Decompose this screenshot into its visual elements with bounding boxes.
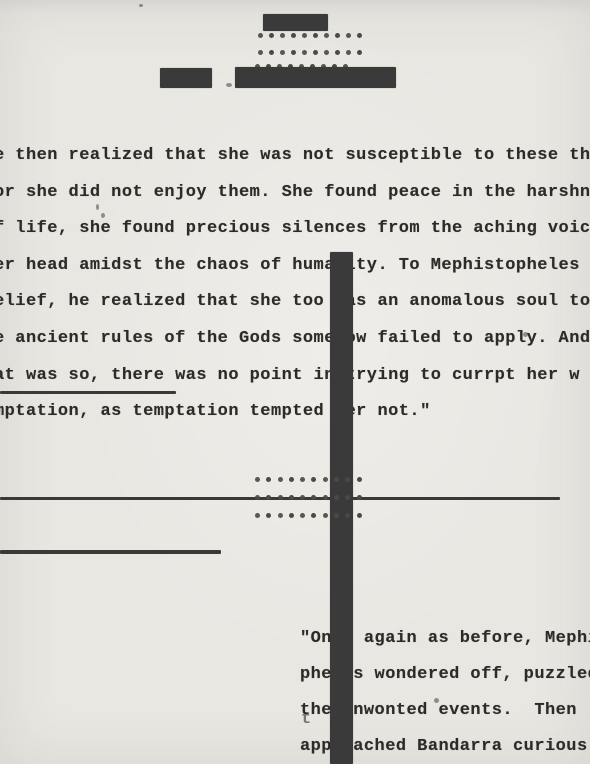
typewritten-line: mptation, as temptation tempted her not.… xyxy=(0,394,431,431)
typed-period-dot xyxy=(266,477,271,482)
typed-period-dot xyxy=(345,477,350,482)
typed-period-dot xyxy=(346,33,351,38)
typed-period-dot xyxy=(266,513,271,518)
typed-period-dot xyxy=(258,33,263,38)
paper-speck xyxy=(96,204,99,210)
redaction-block-wide xyxy=(235,67,396,88)
typed-period-dot xyxy=(357,495,362,500)
typed-period-dot xyxy=(313,50,318,55)
typed-period-dot xyxy=(255,513,260,518)
redaction-bar-vertical xyxy=(330,252,353,764)
typewritten-line: f life, she found precious silences from… xyxy=(0,211,590,248)
underline-short-left xyxy=(0,391,176,394)
typewritten-line: elief, he realized that she too was an a… xyxy=(0,284,590,321)
typed-period-dot xyxy=(278,477,283,482)
typed-period-dot xyxy=(345,513,350,518)
typed-period-dot xyxy=(345,495,350,500)
typed-period-dot xyxy=(280,50,285,55)
typed-period-dot xyxy=(300,477,305,482)
typed-period-dot xyxy=(334,477,339,482)
typewritten-line: e then realized that she was not suscept… xyxy=(0,138,590,175)
typed-period-dot xyxy=(258,50,263,55)
typewritten-line: or she did not enjoy them. She found pea… xyxy=(0,175,590,212)
redaction-block-top-small xyxy=(263,14,328,31)
typed-period-dot xyxy=(335,33,340,38)
typed-period-dot xyxy=(289,513,294,518)
typed-period-dot xyxy=(357,33,362,38)
typed-period-dot xyxy=(323,477,328,482)
redaction-block-left xyxy=(160,68,212,88)
typed-dot-row-middle-3 xyxy=(255,513,362,518)
overstrike-character: t xyxy=(301,710,312,729)
typed-dot-row-top-1 xyxy=(258,33,362,38)
typed-dot-row-middle-2 xyxy=(255,495,362,500)
typed-period-dot xyxy=(324,50,329,55)
typed-period-dot xyxy=(302,50,307,55)
typed-period-dot xyxy=(289,495,294,500)
typed-period-dot xyxy=(324,33,329,38)
typed-period-dot xyxy=(323,513,328,518)
typewritten-line: e ancient rules of the Gods somehow fail… xyxy=(0,321,590,358)
typed-period-dot xyxy=(300,513,305,518)
paper-speck xyxy=(523,332,528,337)
typed-period-dot xyxy=(334,495,339,500)
typed-period-dot xyxy=(289,477,294,482)
paper-speck xyxy=(226,83,232,87)
typed-period-dot xyxy=(335,50,340,55)
typewritten-line: at was so, there was no point in trying … xyxy=(0,358,580,395)
typed-period-dot xyxy=(357,50,362,55)
scanned-document-page: e then realized that she was not suscept… xyxy=(0,0,590,764)
typed-period-dot xyxy=(269,33,274,38)
typed-period-dot xyxy=(346,50,351,55)
typed-dot-row-middle-1 xyxy=(255,477,362,482)
typed-period-dot xyxy=(291,50,296,55)
typed-period-dot xyxy=(278,513,283,518)
paper-speck xyxy=(434,698,439,703)
typed-period-dot xyxy=(334,513,339,518)
paper-speck xyxy=(139,4,143,7)
typed-period-dot xyxy=(300,495,305,500)
typed-period-dot xyxy=(311,513,316,518)
paper-speck xyxy=(101,213,105,218)
typed-period-dot xyxy=(323,495,328,500)
typed-period-dot xyxy=(302,33,307,38)
typed-period-dot xyxy=(255,495,260,500)
typed-period-dot xyxy=(357,477,362,482)
typed-period-dot xyxy=(313,33,318,38)
typed-period-dot xyxy=(280,33,285,38)
typed-period-dot xyxy=(291,33,296,38)
typed-period-dot xyxy=(357,513,362,518)
typewritten-line: er head amidst the chaos of humanity. To… xyxy=(0,248,590,285)
typed-period-dot xyxy=(269,50,274,55)
typed-dot-row-top-2 xyxy=(258,50,362,55)
rule-horizontal-short xyxy=(0,550,221,554)
typed-period-dot xyxy=(278,495,283,500)
typed-period-dot xyxy=(311,477,316,482)
typed-period-dot xyxy=(266,495,271,500)
typed-period-dot xyxy=(255,477,260,482)
typed-period-dot xyxy=(311,495,316,500)
